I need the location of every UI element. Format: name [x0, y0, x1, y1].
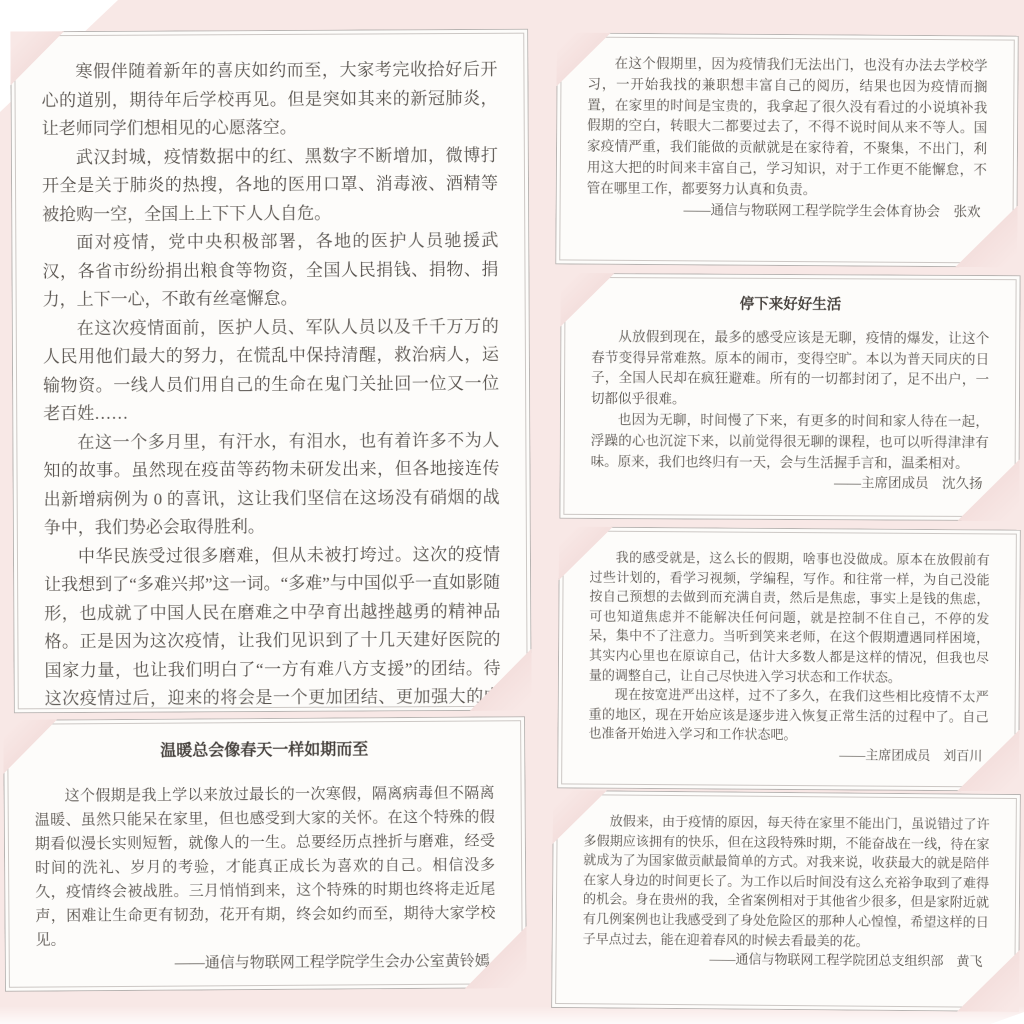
- essay-card-sports: 在这个假期里，因为疫情我们无法出门，也没有办法去学校学习，一开始我找的兼职想丰富…: [555, 32, 1019, 267]
- paragraph: 现在按宽进严出这样，过不了多久，在我们这些相比疫情不太严重的地区，现在开始应该是…: [588, 685, 988, 747]
- paragraph: 寒假伴随着新年的喜庆如约而至，大家考完收拾好后开心的道别，期待年后学校再见。但是…: [41, 56, 497, 144]
- paragraph: 这个假期是我上学以来放过最长的一次寒假，隔离病毒但不隔离温暖、虽然只能呆在家里，…: [35, 781, 496, 952]
- paper-sheet: 在这个假期里，因为疫情我们无法出门，也没有办法去学校学习，一开始我找的兼职想丰富…: [555, 32, 1019, 267]
- paragraph: 也因为无聊，时间慢了下来，有更多的时间和家人待在一起，浮躁的心也沉淀下来，以前觉…: [591, 410, 989, 474]
- paper-sheet: 停下来好好生活 从放假到现在，最多的感受应该是无聊，疫情的爆发，让这个春节变得异…: [559, 273, 1020, 521]
- card-title: 温暖总会像春天一样如期而至: [34, 737, 494, 764]
- signature: ——通信与物联网工程学院学生会体育协会 张欢: [587, 199, 987, 223]
- essay-card-presidium-liu: 我的感受就是，这么长的假期，啥事也没做成。原本在放假前有过些计划的，看学习视频，…: [557, 526, 1021, 791]
- paragraph: 武汉封城，疫情数据中的红、黑数字不断增加，微博打开全是关于肺炎的热搜，各地的医用…: [42, 141, 498, 229]
- paper-sheet: 我的感受就是，这么长的假期，啥事也没做成。原本在放假前有过些计划的，看学习视频，…: [557, 526, 1021, 791]
- paragraph: 面对疫情，党中央积极部署，各地的医护人员驰援武汉，各省市纷纷捐出粮食等物资，全国…: [42, 227, 498, 315]
- essay-card-warmth: 温暖总会像春天一样如期而至 这个假期是我上学以来放过最长的一次寒假，隔离病毒但不…: [3, 716, 527, 992]
- paragraph: 在这个假期里，因为疫情我们无法出门，也没有办法去学校学习，一开始我找的兼职想丰富…: [587, 54, 988, 202]
- essay-card-volunteer: 寒假伴随着新年的喜庆如约而至，大家考完收拾好后开心的道别，期待年后学校再见。但是…: [10, 29, 532, 714]
- signature: ——主席团成员 刘百川: [588, 744, 988, 766]
- essay-card-stop-live: 停下来好好生活 从放假到现在，最多的感受应该是无聊，疫情的爆发，让这个春节变得异…: [559, 273, 1020, 521]
- paragraph: 我的感受就是，这么长的假期，啥事也没做成。原本在放假前有过些计划的，看学习视频，…: [589, 548, 990, 688]
- paper-sheet: 寒假伴随着新年的喜庆如约而至，大家考完收拾好后开心的道别，期待年后学校再见。但是…: [10, 29, 532, 714]
- signature: ——通信与物联网工程学院团总支组织部 黄飞: [582, 948, 988, 971]
- paragraph: 在这次疫情面前，医护人员、军队人员以及千千万万的人民用他们最大的努力，在慌乱中保…: [43, 312, 500, 428]
- essay-card-organization: 放假来，由于疫情的原因，每天待在家里不能出门，虽说错过了许多假期应该拥有的快乐，…: [551, 790, 1021, 1012]
- signature: ——通信与物联网工程学院学生会办公室黄铃嫣: [36, 949, 496, 976]
- paper-sheet: 放假来，由于疫情的原因，每天待在家里不能出门，虽说错过了许多假期应该拥有的快乐，…: [551, 790, 1021, 1012]
- paragraph: 从放假到现在，最多的感受应该是无聊，疫情的爆发，让这个春节变得异常难熬。原本的闹…: [591, 327, 989, 412]
- signature: ——主席团成员 沈久扬: [590, 472, 988, 495]
- card-title: 停下来好好生活: [591, 294, 989, 317]
- paragraph: 放假来，由于疫情的原因，每天待在家里不能出门，虽说错过了许多假期应该拥有的快乐，…: [583, 811, 990, 952]
- paper-sheet: 温暖总会像春天一样如期而至 这个假期是我上学以来放过最长的一次寒假，隔离病毒但不…: [3, 716, 527, 992]
- paragraph: 在这一个多月里，有汗水，有泪水，也有着许多不为人知的故事。虽然现在疫苗等药物未研…: [43, 426, 500, 542]
